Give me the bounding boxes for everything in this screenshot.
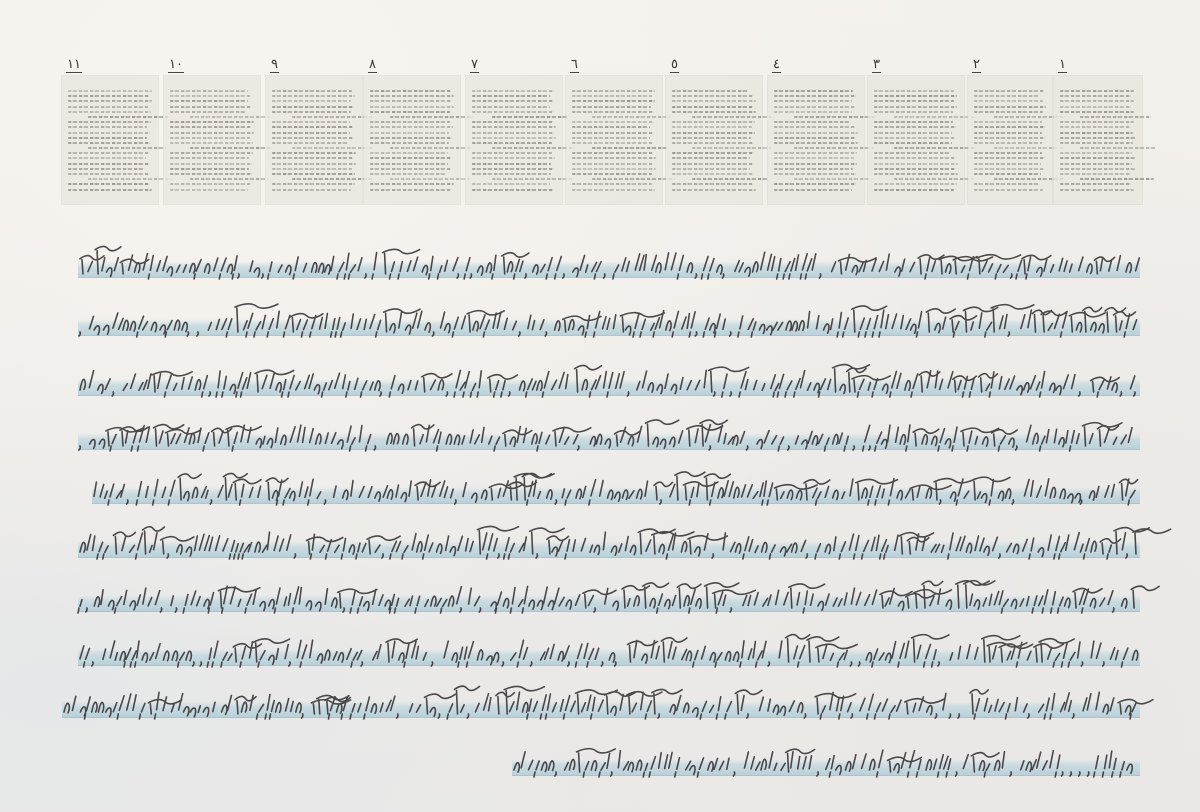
calligraphy-row — [512, 738, 1140, 778]
calligraphy-row — [62, 680, 1140, 720]
calligraphy-row — [78, 574, 1140, 614]
ink-strokes — [78, 628, 1140, 668]
calligraphy-row — [78, 358, 1140, 398]
calligraphy-row — [78, 298, 1140, 338]
ink-strokes — [92, 466, 1140, 506]
calligraphy-rows — [0, 0, 1200, 812]
calligraphy-row — [78, 628, 1140, 668]
calligraphy-row — [78, 520, 1140, 560]
artwork-paper-sheet: Photograph of a paper artwork: a strip o… — [0, 0, 1200, 812]
ink-strokes — [78, 520, 1140, 560]
calligraphy-row — [78, 412, 1140, 452]
ink-strokes — [78, 298, 1140, 338]
calligraphy-row — [92, 466, 1140, 506]
ink-strokes — [78, 574, 1140, 614]
ink-strokes — [62, 680, 1140, 720]
calligraphy-row — [78, 240, 1140, 280]
ink-strokes — [78, 412, 1140, 452]
ink-strokes — [78, 358, 1140, 398]
ink-strokes — [512, 738, 1140, 778]
ink-strokes — [78, 240, 1140, 280]
